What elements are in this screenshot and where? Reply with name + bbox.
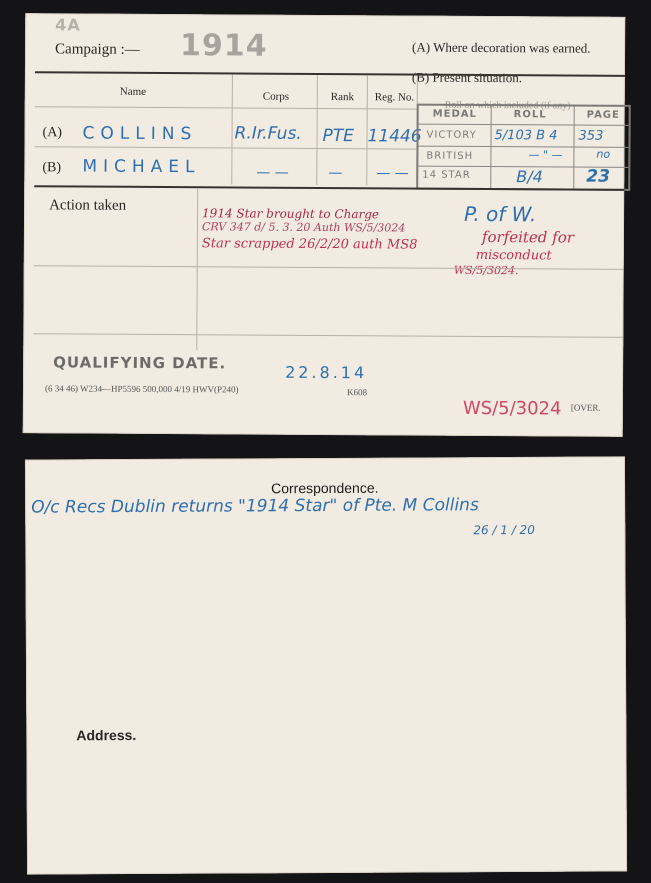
col-divider [231, 74, 233, 184]
qualifying-date-value: 22.8.14 [285, 363, 367, 383]
roll-header: ROLL [514, 109, 547, 120]
roll-star: B/4 [516, 167, 543, 186]
action-taken-label: Action taken [49, 197, 126, 214]
header-name: Name [120, 86, 146, 98]
page-ditto: no [596, 148, 610, 161]
medal-victory: VICTORY [427, 130, 477, 141]
page-header: PAGE [587, 110, 620, 121]
correspondence-label: Correspondence. [271, 480, 378, 497]
ws-ref-large: WS/5/3024 [463, 398, 562, 420]
corner-mark: 4A [55, 15, 81, 34]
ws-ref-small: WS/5/3024. [454, 264, 519, 277]
medal-star: 14 STAR [422, 170, 470, 181]
rank-b-value: — [328, 165, 342, 181]
medal-header: MEDAL [433, 109, 477, 120]
medal-index-card-back: Correspondence. O/c Recs Dublin returns … [25, 456, 627, 874]
pow-note: P. of W. [464, 202, 536, 226]
campaign-stamp: 1914 [180, 28, 268, 64]
row-divider [33, 333, 623, 338]
corps-value: R.Ir.Fus. [234, 123, 301, 143]
corps-b-value: — — [256, 165, 289, 181]
medal-index-card-front: 4A Campaign :— 1914 (A) Where decoration… [23, 13, 626, 437]
divider [35, 71, 625, 77]
col-divider [316, 75, 318, 185]
reg-no-value: 11446 [367, 126, 421, 146]
page-victory: 353 [579, 129, 604, 144]
forfeited-note: forfeited for [482, 228, 574, 247]
action-line-3: Star scrapped 26/2/20 auth MS8 [202, 236, 418, 252]
row-divider [34, 265, 624, 270]
row-b-prefix: (B) [42, 160, 61, 176]
roll-victory: 5/103 B 4 [495, 128, 558, 143]
correspondence-date: 26 / 1 / 20 [473, 523, 535, 537]
col-divider [196, 188, 198, 350]
table-line [419, 124, 629, 126]
address-label: Address. [76, 727, 136, 743]
over-label: [OVER. [571, 403, 601, 413]
row-divider [34, 146, 416, 149]
forename: MICHAEL [82, 157, 200, 178]
action-line-1: 1914 Star brought to Charge [202, 206, 379, 221]
medal-roll-table: MEDAL ROLL PAGE VICTORY 5/103 B 4 353 BR… [416, 104, 631, 191]
print-code: (6 34 46) W234—HP5596 500,000 4/19 HWV(P… [45, 383, 239, 394]
reg-b-value: — — [376, 165, 409, 181]
correspondence-text: O/c Recs Dublin returns "1914 Star" of P… [31, 495, 479, 517]
action-line-2: CRV 347 d/ 5. 3. 20 Auth WS/5/3024 [202, 220, 405, 234]
present-situation-label: (B) Present situation. [412, 70, 522, 87]
surname: COLLINS [82, 124, 197, 145]
header-rank: Rank [331, 91, 354, 103]
roll-ditto: — " — [528, 148, 562, 161]
medal-british: BRITISH [426, 151, 473, 162]
k-code: K608 [347, 387, 367, 397]
page-star: 23 [586, 167, 610, 187]
header-corps: Corps [263, 91, 289, 103]
row-divider [35, 106, 417, 109]
rank-value: PTE [322, 126, 354, 146]
campaign-label: Campaign :— [55, 41, 140, 59]
where-earned-label: (A) Where decoration was earned. [412, 40, 591, 57]
header-reg-no: Reg. No. [375, 91, 414, 103]
qualifying-date-label: QUALIFYING DATE. [53, 353, 226, 372]
misconduct-note: misconduct [476, 248, 552, 263]
row-a-prefix: (A) [43, 125, 63, 141]
